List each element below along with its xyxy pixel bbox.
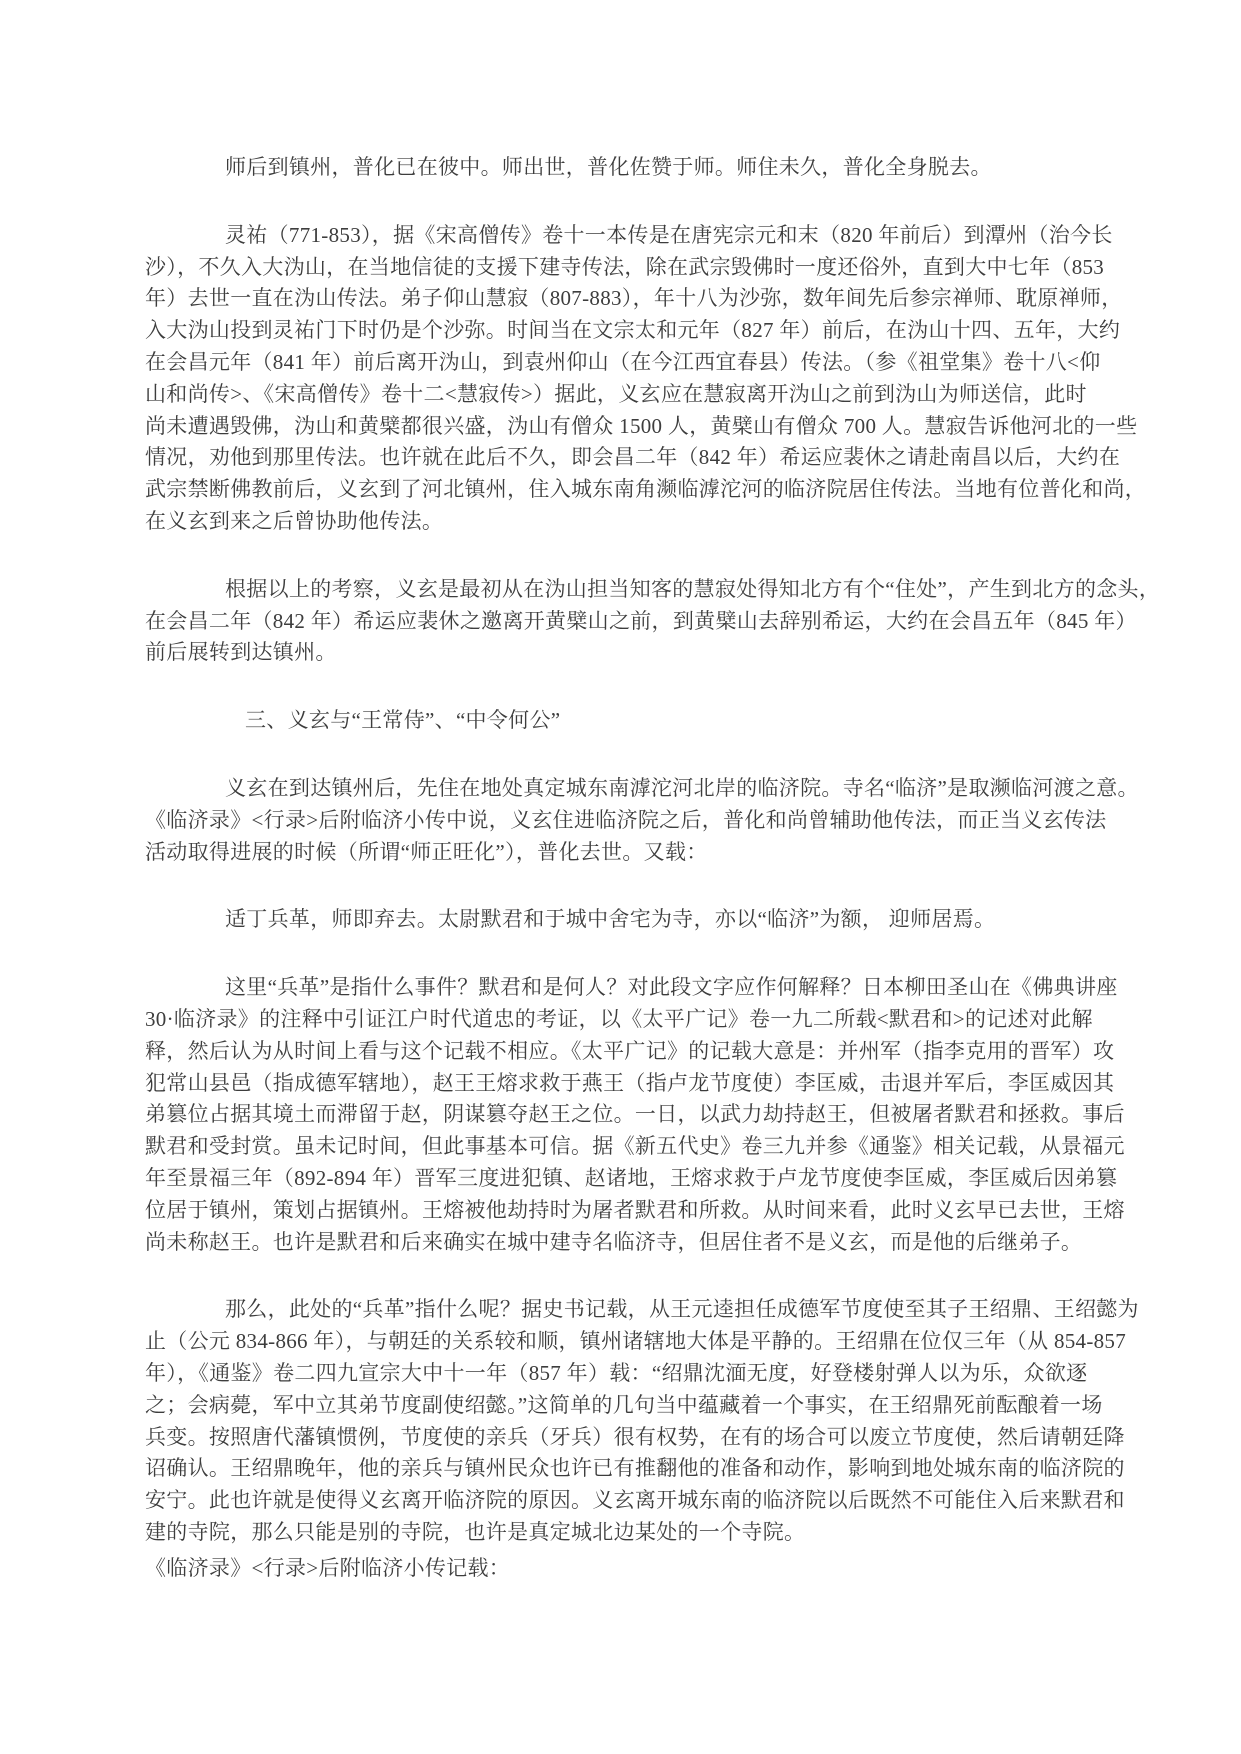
text-line: 根据以上的考察，义玄是最初从在沩山担当知客的慧寂处得知北方有个“住处”，产生到北… — [145, 574, 1105, 606]
text-line: 尚未称赵王。也许是默君和后来确实在城中建寺名临济寺，但居住者不是义玄，而是他的后… — [145, 1227, 1105, 1259]
text-line: 位居于镇州，策划占据镇州。王熔被他劫持时为屠者默君和所救。从时间来看，此时义玄早… — [145, 1195, 1105, 1227]
text-line: 年），《通鉴》卷二四九宣宗大中十一年（857 年）载：“绍鼎沈湎无度，好登楼射弹… — [145, 1358, 1105, 1390]
text-line: 入大沩山投到灵祐门下时仍是个沙弥。时间当在文宗太和元年（827 年）前后，在沩山… — [145, 315, 1105, 347]
text-line: 止（公元 834-866 年），与朝廷的关系较和顺，镇州诸辖地大体是平静的。王绍… — [145, 1326, 1105, 1358]
paragraph-5: 义玄在到达镇州后，先住在地处真定城东南滹沱河北岸的临济院。寺名“临济”是取濒临河… — [145, 773, 1105, 868]
text-line: 在义玄到来之后曾协助他传法。 — [145, 506, 1105, 538]
paragraph-6: 适丁兵革，师即弃去。太尉默君和于城中舍宅为寺，亦以“临济”为额， 迎师居焉。 — [145, 904, 1105, 936]
text-line: 适丁兵革，师即弃去。太尉默君和于城中舍宅为寺，亦以“临济”为额， 迎师居焉。 — [145, 904, 1105, 936]
text-line: 年至景福三年（892-894 年）晋军三度进犯镇、赵诸地，王熔求救于卢龙节度使李… — [145, 1163, 1105, 1195]
paragraph-8: 那么，此处的“兵革”指什么呢？据史书记载，从王元逵担任成德军节度使至其子王绍鼎、… — [145, 1294, 1105, 1548]
paragraph-1: 师后到镇州，普化已在彼中。师出世，普化佐赞于师。师住未久，普化全身脱去。 — [145, 152, 1105, 184]
text-line: 情况，劝他到那里传法。也许就在此后不久，即会昌二年（842 年）希运应裴休之请赴… — [145, 442, 1105, 474]
text-line: 建的寺院，那么只能是别的寺院，也许是真定城北边某处的一个寺院。 — [145, 1517, 1105, 1549]
text-line: 诏确认。王绍鼎晚年，他的亲兵与镇州民众也许已有推翻他的准备和动作，影响到地处城东… — [145, 1453, 1105, 1485]
text-line: 师后到镇州，普化已在彼中。师出世，普化佐赞于师。师住未久，普化全身脱去。 — [145, 152, 1105, 184]
text-line: 活动取得进展的时候（所谓“师正旺化”），普化去世。又载： — [145, 837, 1105, 869]
text-line: 之；会病薨，军中立其弟节度副使绍懿。”这简单的几句当中蕴藏着一个事实，在王绍鼎死… — [145, 1390, 1105, 1422]
text-line: 这里“兵革”是指什么事件？默君和是何人？对此段文字应作何解释？日本柳田圣山在《佛… — [145, 972, 1105, 1004]
text-line: 安宁。此也许就是使得义玄离开临济院的原因。义玄离开城东南的临济院以后既然不可能住… — [145, 1485, 1105, 1517]
text-line: 在会昌二年（842 年）希运应裴休之邀离开黄檗山之前，到黄檗山去辞别希运，大约在… — [145, 606, 1105, 638]
paragraph-7: 这里“兵革”是指什么事件？默君和是何人？对此段文字应作何解释？日本柳田圣山在《佛… — [145, 972, 1105, 1258]
text-line: 前后展转到达镇州。 — [145, 637, 1105, 669]
text-line: 武宗禁断佛教前后，义玄到了河北镇州，住入城东南角濒临滹沱河的临济院居住传法。当地… — [145, 474, 1105, 506]
text-line: 兵变。按照唐代藩镇惯例，节度使的亲兵（牙兵）很有权势，在有的场合可以废立节度使，… — [145, 1422, 1105, 1454]
text-line: 《临济录》<行录>后附临济小传记载： — [145, 1553, 1105, 1585]
section-heading: 三、义玄与“王常侍”、“中令何公” — [145, 705, 1105, 737]
text-line: 那么，此处的“兵革”指什么呢？据史书记载，从王元逵担任成德军节度使至其子王绍鼎、… — [145, 1294, 1105, 1326]
text-line: 弟篡位占据其境土而滞留于赵，阴谋篡夺赵王之位。一日，以武力劫持赵王，但被屠者默君… — [145, 1099, 1105, 1131]
text-line: 在会昌元年（841 年）前后离开沩山，到袁州仰山（在今江西宜春县）传法。（参《祖… — [145, 347, 1105, 379]
text-line: 犯常山县邑（指成德军辖地），赵王王熔求救于燕王（指卢龙节度使）李匡威，击退并军后… — [145, 1068, 1105, 1100]
text-line: 默君和受封赏。虽未记时间，但此事基本可信。据《新五代史》卷三九并参《通鉴》相关记… — [145, 1131, 1105, 1163]
text-line: 灵祐（771-853），据《宋高僧传》卷十一本传是在唐宪宗元和末（820 年前后… — [145, 220, 1105, 252]
text-line: 沙），不久入大沩山，在当地信徒的支援下建寺传法，除在武宗毁佛时一度还俗外，直到大… — [145, 252, 1105, 284]
text-line: 三、义玄与“王常侍”、“中令何公” — [145, 705, 1105, 737]
text-line: 义玄在到达镇州后，先住在地处真定城东南滹沱河北岸的临济院。寺名“临济”是取濒临河… — [145, 773, 1105, 805]
text-line: 尚未遭遇毁佛，沩山和黄檗都很兴盛，沩山有僧众 1500 人，黄檗山有僧众 700… — [145, 411, 1105, 443]
paragraph-3: 根据以上的考察，义玄是最初从在沩山担当知客的慧寂处得知北方有个“住处”，产生到北… — [145, 574, 1105, 669]
document-page: 师后到镇州，普化已在彼中。师出世，普化佐赞于师。师住未久，普化全身脱去。灵祐（7… — [0, 0, 1241, 1754]
document-content: 师后到镇州，普化已在彼中。师出世，普化佐赞于师。师住未久，普化全身脱去。灵祐（7… — [145, 152, 1105, 1584]
text-line: 《临济录》<行录>后附临济小传中说，义玄住进临济院之后，普化和尚曾辅助他传法，而… — [145, 805, 1105, 837]
text-line: 年）去世一直在沩山传法。弟子仰山慧寂（807-883），年十八为沙弥，数年间先后… — [145, 283, 1105, 315]
text-line: 释，然后认为从时间上看与这个记载不相应。《太平广记》的记载大意是：并州军（指李克… — [145, 1036, 1105, 1068]
paragraph-2: 灵祐（771-853），据《宋高僧传》卷十一本传是在唐宪宗元和末（820 年前后… — [145, 220, 1105, 538]
text-line: 山和尚传>、《宋高僧传》卷十二<慧寂传>）据此，义玄应在慧寂离开沩山之前到沩山为… — [145, 379, 1105, 411]
paragraph-9: 《临济录》<行录>后附临济小传记载： — [145, 1553, 1105, 1585]
text-line: 30·临济录》的注释中引证江户时代道忠的考证，以《太平广记》卷一九二所载<默君和… — [145, 1004, 1105, 1036]
